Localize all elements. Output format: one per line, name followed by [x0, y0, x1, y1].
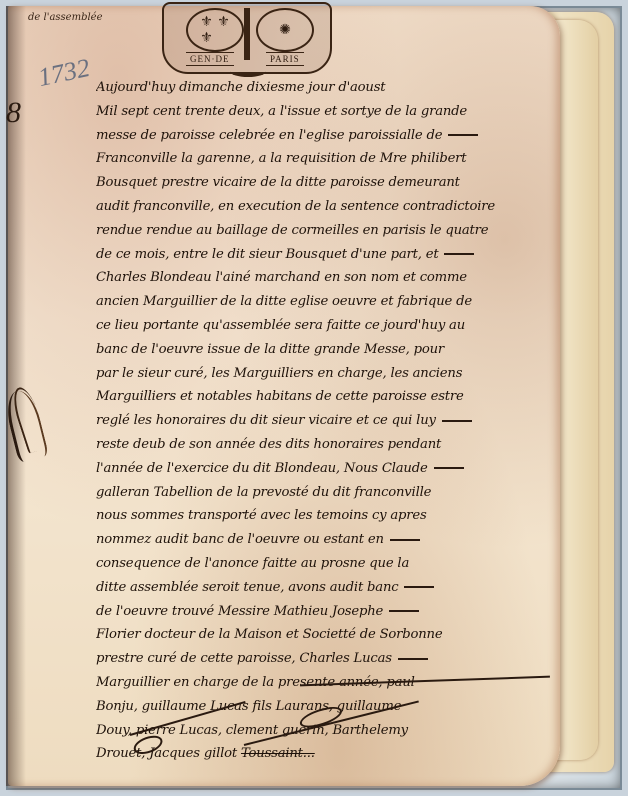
- text-line: nommez audit banc de l'oeuvre ou estant …: [96, 528, 564, 552]
- caduceus-icon: [244, 8, 250, 60]
- tax-stamp: ⚜ ⚜⚜ ✺ GEN·DE PARIS: [162, 2, 332, 74]
- text-line: de l'oeuvre trouvé Messire Mathieu Josep…: [96, 600, 564, 624]
- text-line: nous sommes transporté avec les temoins …: [96, 504, 564, 528]
- rosette-icon: ✺: [256, 8, 314, 52]
- text-line: consequence de l'anonce faitte au prosne…: [96, 552, 564, 576]
- text-line: ce lieu portante qu'assemblée sera faitt…: [96, 314, 564, 338]
- text-line: reste deub de son année des dits honorai…: [96, 433, 564, 457]
- stamp-label-right: PARIS: [266, 52, 304, 66]
- text-line: Marguilliers et notables habitans de cet…: [96, 385, 564, 409]
- margin-note: de l'assemblée: [28, 12, 103, 23]
- text-line: par le sieur curé, les Marguilliers en c…: [96, 362, 564, 386]
- text-line: galleran Tabellion de la prevosté du dit…: [96, 481, 564, 505]
- text-line: Bousquet prestre vicaire de la ditte par…: [96, 171, 564, 195]
- text-line: Drouet, Jacques gillot Toussaint...: [96, 742, 564, 766]
- text-line: de ce mois, entre le dit sieur Bousquet …: [96, 243, 564, 267]
- stamp-label-left: GEN·DE: [186, 52, 234, 66]
- text-line: Aujourd'huy dimanche dixiesme jour d'aou…: [96, 76, 564, 100]
- text-line: Mil sept cent trente deux, a l'issue et …: [96, 100, 564, 124]
- text-line: banc de l'oeuvre issue de la ditte grand…: [96, 338, 564, 362]
- text-line: Franconville la garenne, a la requisitio…: [96, 147, 564, 171]
- margin-mark: 8: [6, 96, 21, 130]
- text-line: Florier docteur de la Maison et Societté…: [96, 623, 564, 647]
- text-line: reglé les honoraires du dit sieur vicair…: [96, 409, 564, 433]
- manuscript-body: Aujourd'huy dimanche dixiesme jour d'aou…: [96, 76, 564, 766]
- text-line: rendue rendue au baillage de cormeilles …: [96, 219, 564, 243]
- text-line: ditte assemblée seroit tenue, avons audi…: [96, 576, 564, 600]
- struck-text: Toussaint...: [241, 746, 315, 761]
- text-line: l'année de l'exercice du dit Blondeau, N…: [96, 457, 564, 481]
- text-line: audit franconville, en execution de la s…: [96, 195, 564, 219]
- fleur-de-lis-icon: ⚜ ⚜⚜: [186, 8, 244, 52]
- text-line: prestre curé de cette paroisse, Charles …: [96, 647, 564, 671]
- text-line: ancien Marguillier de la ditte eglise oe…: [96, 290, 564, 314]
- text-line: Charles Blondeau l'ainé marchand en son …: [96, 266, 564, 290]
- text-line: messe de paroisse celebrée en l'eglise p…: [96, 124, 564, 148]
